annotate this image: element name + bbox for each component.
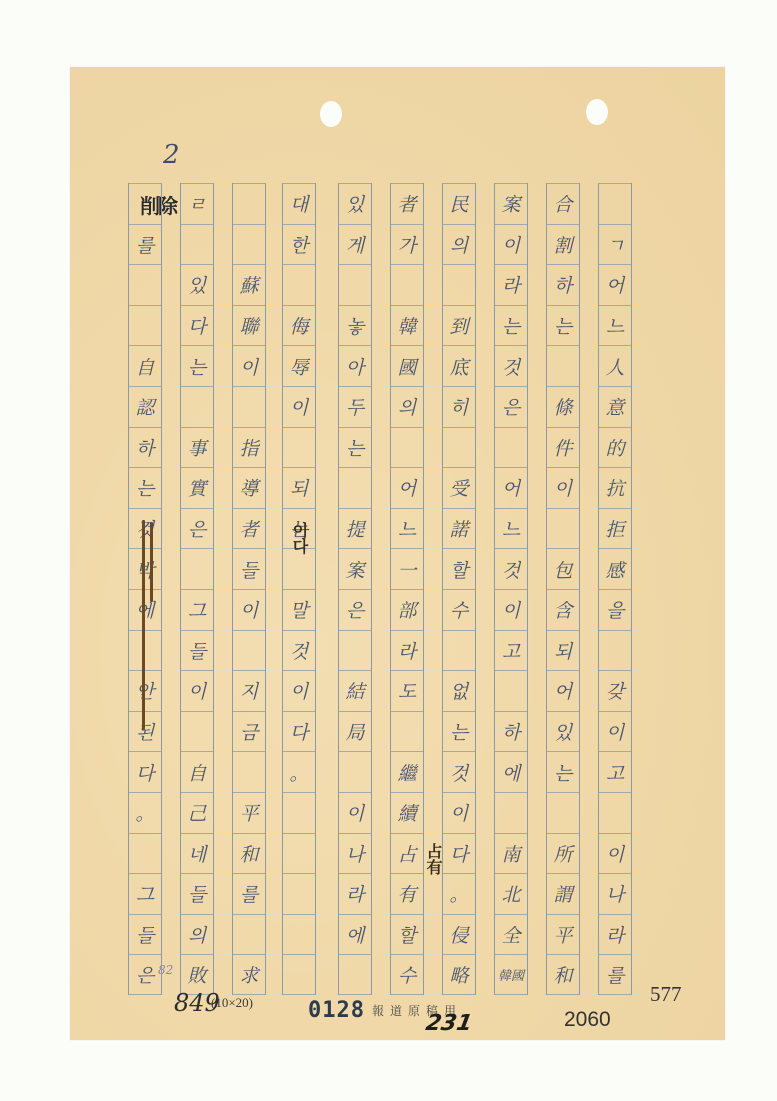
grid-cell: 底 bbox=[443, 345, 475, 386]
grid-cell: 하 bbox=[129, 427, 161, 468]
grid-cell: 所 bbox=[547, 833, 579, 874]
grid-cell: 案 bbox=[339, 548, 371, 589]
grid-cell bbox=[233, 630, 265, 671]
grid-cell: 己 bbox=[181, 792, 213, 833]
grid-cell: 的 bbox=[599, 427, 631, 468]
grid-cell: 있 bbox=[339, 183, 371, 224]
handwritten-number: 231 bbox=[424, 1011, 474, 1036]
punch-hole-right bbox=[586, 99, 608, 125]
grid-cell: 認 bbox=[129, 386, 161, 427]
grid-cell: 두 bbox=[339, 386, 371, 427]
grid-cell: 아 bbox=[339, 345, 371, 386]
inserted-annotation-left: 이다 bbox=[288, 522, 311, 554]
grid-cell: 에 bbox=[129, 589, 161, 630]
grid-cell: 抗 bbox=[599, 467, 631, 508]
grid-cell bbox=[233, 183, 265, 224]
grid-format-label: (10×20) bbox=[211, 995, 253, 1011]
grid-cell: 들 bbox=[181, 630, 213, 671]
manuscript-column-9: ㄹ있다는事實은그들이自己네들의敗 bbox=[180, 183, 214, 995]
grid-cell: 다 bbox=[181, 305, 213, 346]
grid-cell: 은 bbox=[495, 386, 527, 427]
grid-cell bbox=[391, 427, 423, 468]
grid-cell: 의 bbox=[443, 224, 475, 265]
grid-cell: 를 bbox=[129, 224, 161, 265]
grid-cell: ㄹ bbox=[181, 183, 213, 224]
grid-cell: 는 bbox=[547, 751, 579, 792]
grid-cell: 受 bbox=[443, 467, 475, 508]
grid-cell: 局 bbox=[339, 711, 371, 752]
grid-cell: 수 bbox=[443, 589, 475, 630]
grid-cell: 。 bbox=[443, 873, 475, 914]
manuscript-column-8: 蘇聯이指導者들이지금平和를求 bbox=[232, 183, 266, 995]
grid-cell: 라 bbox=[495, 264, 527, 305]
grid-cell bbox=[391, 711, 423, 752]
grid-cell: 히 bbox=[443, 386, 475, 427]
grid-cell: 蘇 bbox=[233, 264, 265, 305]
grid-cell: 놓 bbox=[339, 305, 371, 346]
grid-cell: 그 bbox=[129, 873, 161, 914]
grid-cell: 어 bbox=[547, 670, 579, 711]
grid-cell: 느 bbox=[599, 305, 631, 346]
grid-cell: 導 bbox=[233, 467, 265, 508]
grid-cell: 나 bbox=[599, 873, 631, 914]
grid-cell: 民 bbox=[443, 183, 475, 224]
grid-cell: 말 bbox=[283, 589, 315, 630]
grid-cell: 들 bbox=[129, 914, 161, 955]
grid-cell bbox=[283, 873, 315, 914]
grid-cell: 侮 bbox=[283, 305, 315, 346]
grid-cell: 된 bbox=[129, 711, 161, 752]
grid-cell: 案 bbox=[495, 183, 527, 224]
grid-cell: 이 bbox=[283, 386, 315, 427]
grid-cell: 侵 bbox=[443, 914, 475, 955]
grid-cell: 지 bbox=[233, 670, 265, 711]
inserted-annotation-middle: 占有 bbox=[422, 843, 445, 875]
grid-cell: 이 bbox=[599, 711, 631, 752]
grid-cell: 이 bbox=[443, 792, 475, 833]
grid-cell: 들 bbox=[181, 873, 213, 914]
manuscript-column-6: 있게놓아두는提案은結局이나라에 bbox=[338, 183, 372, 995]
grid-cell: 이 bbox=[233, 345, 265, 386]
grid-cell bbox=[181, 224, 213, 265]
grid-cell: 게 bbox=[339, 224, 371, 265]
manuscript-column-2: 合割하는條件이包含되어있는所謂平和 bbox=[546, 183, 580, 995]
grid-cell: 들 bbox=[233, 548, 265, 589]
grid-cell: 는 bbox=[547, 305, 579, 346]
grid-cell: 이 bbox=[599, 833, 631, 874]
grid-cell: 件 bbox=[547, 427, 579, 468]
grid-cell bbox=[339, 751, 371, 792]
grid-cell: 은 bbox=[181, 508, 213, 549]
grid-cell: 謂 bbox=[547, 873, 579, 914]
grid-cell: 어 bbox=[495, 467, 527, 508]
grid-cell bbox=[181, 386, 213, 427]
grid-cell: 것 bbox=[495, 345, 527, 386]
grid-cell: 것 bbox=[443, 751, 475, 792]
grid-cell: 는 bbox=[339, 427, 371, 468]
grid-cell bbox=[283, 914, 315, 955]
grid-cell: 수 bbox=[391, 954, 423, 995]
grid-cell: 이 bbox=[495, 589, 527, 630]
grid-cell bbox=[181, 711, 213, 752]
grid-cell bbox=[339, 954, 371, 995]
grid-cell bbox=[283, 954, 315, 995]
grid-cell: 이 bbox=[283, 670, 315, 711]
grid-cell: 것 bbox=[495, 548, 527, 589]
grid-cell: 意 bbox=[599, 386, 631, 427]
grid-cell: 를 bbox=[599, 954, 631, 995]
grid-cell: 者 bbox=[233, 508, 265, 549]
grid-cell: 이 bbox=[233, 589, 265, 630]
manuscript-column-7: 대한侮辱이되는말것이다。 bbox=[282, 183, 316, 995]
grid-cell: 가 bbox=[391, 224, 423, 265]
grid-cell: 은 bbox=[129, 954, 161, 995]
grid-cell: 感 bbox=[599, 548, 631, 589]
grid-cell bbox=[599, 792, 631, 833]
grid-cell bbox=[339, 630, 371, 671]
grid-cell: 다 bbox=[129, 751, 161, 792]
grid-cell bbox=[391, 264, 423, 305]
grid-cell: 諾 bbox=[443, 508, 475, 549]
grid-cell: ㄱ bbox=[599, 224, 631, 265]
grid-cell: 。 bbox=[129, 792, 161, 833]
grid-cell bbox=[495, 427, 527, 468]
grid-cell: 의 bbox=[181, 914, 213, 955]
grid-cell: 는 bbox=[129, 467, 161, 508]
grid-cell: 結 bbox=[339, 670, 371, 711]
page-number-577: 577 bbox=[650, 982, 682, 1007]
grid-cell: 割 bbox=[547, 224, 579, 265]
grid-cell: 되 bbox=[283, 467, 315, 508]
grid-cell bbox=[233, 914, 265, 955]
grid-cell bbox=[339, 264, 371, 305]
grid-cell: 全 bbox=[495, 914, 527, 955]
strike-through-line-2 bbox=[150, 522, 153, 602]
grid-cell: 人 bbox=[599, 345, 631, 386]
grid-cell: 의 bbox=[391, 386, 423, 427]
grid-cell: 國 bbox=[391, 345, 423, 386]
grid-cell: 그 bbox=[181, 589, 213, 630]
grid-cell: 라 bbox=[599, 914, 631, 955]
grid-cell: 北 bbox=[495, 873, 527, 914]
grid-cell bbox=[495, 670, 527, 711]
grid-cell bbox=[443, 630, 475, 671]
grid-cell: 韓 bbox=[391, 305, 423, 346]
grid-cell bbox=[547, 345, 579, 386]
grid-cell: 라 bbox=[339, 873, 371, 914]
grid-cell: 하 bbox=[495, 711, 527, 752]
grid-cell: 辱 bbox=[283, 345, 315, 386]
grid-cell: 和 bbox=[547, 954, 579, 995]
grid-cell: 求 bbox=[233, 954, 265, 995]
manuscript-sheet: 2 削除 ㄱ어느人意的抗拒感을갖이고이나라를合割하는條件이包含되어있는所謂平和案… bbox=[70, 67, 725, 1040]
grid-cell: 繼 bbox=[391, 751, 423, 792]
grid-cell bbox=[283, 792, 315, 833]
grid-cell bbox=[129, 183, 161, 224]
grid-cell: 韓國 bbox=[495, 954, 527, 995]
grid-cell: 平 bbox=[233, 792, 265, 833]
manuscript-column-4: 民의到底히受諾할수없는것이다。侵略 bbox=[442, 183, 476, 995]
grid-cell: 이 bbox=[547, 467, 579, 508]
handwritten-page-number: 2 bbox=[163, 140, 180, 170]
grid-cell bbox=[495, 792, 527, 833]
strike-through-line bbox=[142, 520, 145, 730]
grid-cell: 含 bbox=[547, 589, 579, 630]
grid-cell: 대 bbox=[283, 183, 315, 224]
grid-cell: 고 bbox=[495, 630, 527, 671]
grid-cell bbox=[283, 427, 315, 468]
grid-cell bbox=[283, 548, 315, 589]
grid-cell: 南 bbox=[495, 833, 527, 874]
grid-cell: 것 bbox=[129, 508, 161, 549]
grid-cell bbox=[547, 792, 579, 833]
grid-cell: 있 bbox=[181, 264, 213, 305]
grid-cell bbox=[233, 751, 265, 792]
grid-cell: 도 bbox=[391, 670, 423, 711]
grid-cell: 있 bbox=[547, 711, 579, 752]
grid-cell bbox=[599, 183, 631, 224]
manuscript-column-1: ㄱ어느人意的抗拒感을갖이고이나라를 bbox=[598, 183, 632, 995]
grid-cell: 고 bbox=[599, 751, 631, 792]
stamp-number: 0128 bbox=[308, 998, 365, 1023]
grid-cell: 到 bbox=[443, 305, 475, 346]
grid-cell bbox=[547, 508, 579, 549]
grid-cell: 에 bbox=[339, 914, 371, 955]
grid-cell: 할 bbox=[391, 914, 423, 955]
grid-cell: 聯 bbox=[233, 305, 265, 346]
grid-cell bbox=[233, 386, 265, 427]
grid-cell: 이 bbox=[181, 670, 213, 711]
manuscript-column-5: 者가韓國의어느一部라도繼續占有할수 bbox=[390, 183, 424, 995]
grid-cell bbox=[181, 548, 213, 589]
grid-cell: 提 bbox=[339, 508, 371, 549]
grid-cell: 느 bbox=[391, 508, 423, 549]
manuscript-column-3: 案이라는것은어느것이고하에南北全韓國 bbox=[494, 183, 528, 995]
pencil-number: 82 bbox=[158, 963, 173, 977]
grid-cell bbox=[283, 264, 315, 305]
grid-cell: 續 bbox=[391, 792, 423, 833]
grid-cell: 에 bbox=[495, 751, 527, 792]
punch-hole-left bbox=[320, 101, 342, 127]
grid-cell: 事 bbox=[181, 427, 213, 468]
grid-cell: 없 bbox=[443, 670, 475, 711]
grid-cell: 者 bbox=[391, 183, 423, 224]
grid-cell: 라 bbox=[391, 630, 423, 671]
grid-cell: 拒 bbox=[599, 508, 631, 549]
grid-cell: 部 bbox=[391, 589, 423, 630]
grid-cell: 밖 bbox=[129, 548, 161, 589]
grid-cell: 占 bbox=[391, 833, 423, 874]
grid-cell: 이 bbox=[495, 224, 527, 265]
grid-cell: 는 bbox=[495, 305, 527, 346]
grid-cell bbox=[443, 427, 475, 468]
grid-cell: 指 bbox=[233, 427, 265, 468]
grid-cell: 나 bbox=[339, 833, 371, 874]
grid-cell: 금 bbox=[233, 711, 265, 752]
grid-cell: 다 bbox=[443, 833, 475, 874]
grid-cell bbox=[283, 833, 315, 874]
grid-cell: 되 bbox=[547, 630, 579, 671]
grid-cell: 略 bbox=[443, 954, 475, 995]
grid-cell: 는 bbox=[181, 345, 213, 386]
grid-cell: 다 bbox=[283, 711, 315, 752]
grid-cell: 를 bbox=[233, 873, 265, 914]
grid-cell: 하 bbox=[547, 264, 579, 305]
grid-cell: 갖 bbox=[599, 670, 631, 711]
grid-cell: 平 bbox=[547, 914, 579, 955]
grid-cell: 이 bbox=[339, 792, 371, 833]
grid-cell: 는 bbox=[443, 711, 475, 752]
grid-cell bbox=[129, 630, 161, 671]
serial-number: 2060 bbox=[564, 1008, 611, 1032]
grid-cell: 合 bbox=[547, 183, 579, 224]
grid-cell: 一 bbox=[391, 548, 423, 589]
grid-cell: 有 bbox=[391, 873, 423, 914]
grid-cell: 것 bbox=[283, 630, 315, 671]
grid-cell: 을 bbox=[599, 589, 631, 630]
grid-cell: 한 bbox=[283, 224, 315, 265]
grid-cell: 自 bbox=[129, 345, 161, 386]
grid-cell bbox=[443, 264, 475, 305]
grid-cell: 和 bbox=[233, 833, 265, 874]
grid-cell: 。 bbox=[283, 751, 315, 792]
grid-cell: 네 bbox=[181, 833, 213, 874]
grid-cell bbox=[129, 305, 161, 346]
grid-cell: 은 bbox=[339, 589, 371, 630]
grid-cell: 實 bbox=[181, 467, 213, 508]
grid-cell: 條 bbox=[547, 386, 579, 427]
manuscript-column-10: 를自認하는것밖에안된다。그들은 bbox=[128, 183, 162, 995]
grid-cell: 包 bbox=[547, 548, 579, 589]
grid-cell bbox=[599, 630, 631, 671]
grid-cell bbox=[339, 467, 371, 508]
grid-cell: 어 bbox=[599, 264, 631, 305]
grid-cell bbox=[129, 833, 161, 874]
grid-cell: 어 bbox=[391, 467, 423, 508]
grid-cell: 느 bbox=[495, 508, 527, 549]
grid-cell: 自 bbox=[181, 751, 213, 792]
grid-cell: 할 bbox=[443, 548, 475, 589]
grid-cell: 안 bbox=[129, 670, 161, 711]
grid-cell bbox=[233, 224, 265, 265]
grid-cell bbox=[129, 264, 161, 305]
